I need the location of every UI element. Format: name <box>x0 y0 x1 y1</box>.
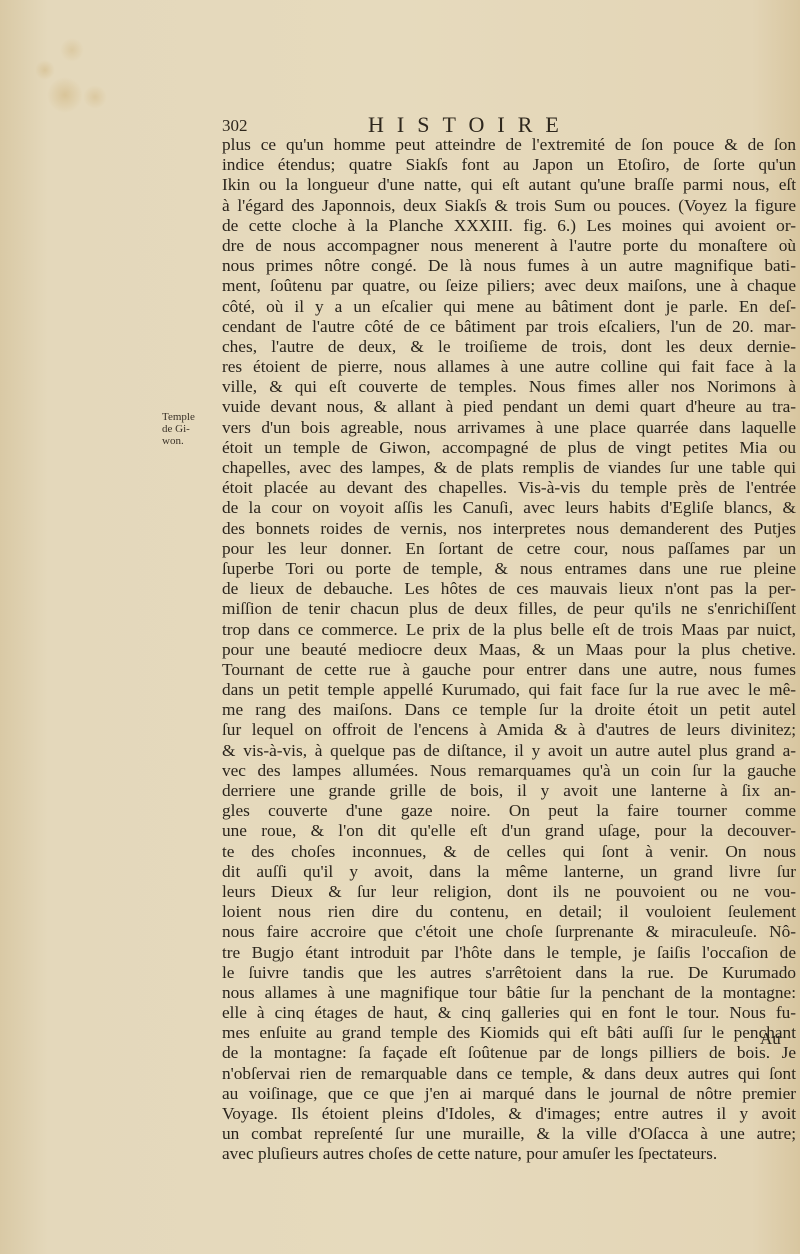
text-line: me rang des maiſons. Dans ce temple ſur … <box>222 700 796 720</box>
text-line: elle à cinq étages de haut, & cinq galle… <box>222 1003 796 1023</box>
text-line: ſuperbe Tori ou porte de temple, & nous … <box>222 559 796 579</box>
text-line: vec des lampes allumées. Nous remarquame… <box>222 761 796 781</box>
body-text: plus ce qu'un homme peut atteindre de l'… <box>222 135 796 1165</box>
text-line: derriere une grande grille de bois, il y… <box>222 781 796 801</box>
text-line: nous allames à une magnifique tour bâtie… <box>222 983 796 1003</box>
text-line: mes enſuite au grand temple des Kiomids … <box>222 1023 796 1043</box>
text-line: avec pluſieurs autres choſes de cette na… <box>222 1144 796 1164</box>
margin-note-line: won. <box>162 435 214 447</box>
page-number: 302 <box>222 116 248 136</box>
text-line: dit auſſi qu'il y avoit, dans la même la… <box>222 862 796 882</box>
text-line: leurs Dieux & ſur leur religion, dont il… <box>222 882 796 902</box>
margin-note-line: de Gi- <box>162 423 214 435</box>
text-line: pour une beauté mediocre deux Maas, & un… <box>222 640 796 660</box>
text-line: au voiſinage, que ce que j'en ai marqué … <box>222 1084 796 1104</box>
text-line: dre de nous accompagner nous menerent à … <box>222 236 796 256</box>
text-line: Voyage. Ils étoient pleins d'Idoles, & d… <box>222 1104 796 1124</box>
text-line: de la cour on voyoit aſſis les Canuſi, a… <box>222 498 796 518</box>
text-line: ment, ſoûtenu par quatre, ou ſeize pilie… <box>222 276 796 296</box>
text-line: & vis-à-vis, à quelque pas de diſtance, … <box>222 741 796 761</box>
text-line: Tournant de cette rue à gauche pour entr… <box>222 660 796 680</box>
text-line: res étoient de pierre, nous allames à un… <box>222 357 796 377</box>
text-line: tre Bugjo étant introduit par l'hôte dan… <box>222 943 796 963</box>
text-line: dans un petit temple appellé Kurumado, q… <box>222 680 796 700</box>
text-line: le ſuivre tandis que les autres s'arrêto… <box>222 963 796 983</box>
margin-note-line: Temple <box>162 411 214 423</box>
text-line: plus ce qu'un homme peut atteindre de l'… <box>222 135 796 155</box>
text-line: à l'égard des Japonnois, deux Siakſs & t… <box>222 196 796 216</box>
text-line: vers d'un bois agreable, nous arrivames … <box>222 418 796 438</box>
text-line: indice étendus; quatre Siakſs font au Ja… <box>222 155 796 175</box>
text-line: de lieux de debauche. Les hôtes de ces m… <box>222 579 796 599</box>
text-line: gles couverte d'une gaze noire. On peut … <box>222 801 796 821</box>
catchword: Au <box>760 1029 781 1049</box>
text-line: étoit un temple de Giwon, accompagné de … <box>222 438 796 458</box>
text-line: vuide devant nous, & allant à pied penda… <box>222 397 796 417</box>
book-page: 302 HISTOIRE Temple de Gi- won. plus ce … <box>0 0 800 1254</box>
margin-note: Temple de Gi- won. <box>162 411 214 447</box>
text-line: des bonnets roides de vernis, nos interp… <box>222 519 796 539</box>
text-line: nous primes nôtre congé. De là nous fume… <box>222 256 796 276</box>
text-line: loient nous rien dire du contenu, en det… <box>222 902 796 922</box>
text-line: Ikin ou la longueur d'une natte, qui eſt… <box>222 175 796 195</box>
text-line: cendant de l'autre côté de ce bâtiment p… <box>222 317 796 337</box>
text-line: de cette cloche à la Planche XXXIII. fig… <box>222 216 796 236</box>
text-line: étoit placée au devant des chapelles. Vi… <box>222 478 796 498</box>
text-line: n'obſervai rien de remarquable dans ce t… <box>222 1064 796 1084</box>
text-line: nous faire accroire que c'étoit une choſ… <box>222 922 796 942</box>
text-line: ſur lequel on offroit de l'encens à Amid… <box>222 720 796 740</box>
text-line: ville, & qui eſt couverte de temples. No… <box>222 377 796 397</box>
text-line: pour les leur donner. En ſortant de cetr… <box>222 539 796 559</box>
text-line: un combat repreſenté ſur une muraille, &… <box>222 1124 796 1144</box>
text-line: côté, où il y a un eſcalier qui mene au … <box>222 297 796 317</box>
text-line: chapelles, avec des lampes, & de plats r… <box>222 458 796 478</box>
text-line: ches, l'autre de deux, & le troiſieme de… <box>222 337 796 357</box>
text-line: de la montagne: ſa façade eſt ſoûtenue p… <box>222 1043 796 1063</box>
text-line: une roue, & l'on dit qu'elle eſt d'un gr… <box>222 821 796 841</box>
text-line: trop dans ce commerce. Le prix de la plu… <box>222 620 796 640</box>
text-line: miſſion de tenir chacun plus de deux fil… <box>222 599 796 619</box>
text-line: te des choſes inconnues, & de celles qui… <box>222 842 796 862</box>
